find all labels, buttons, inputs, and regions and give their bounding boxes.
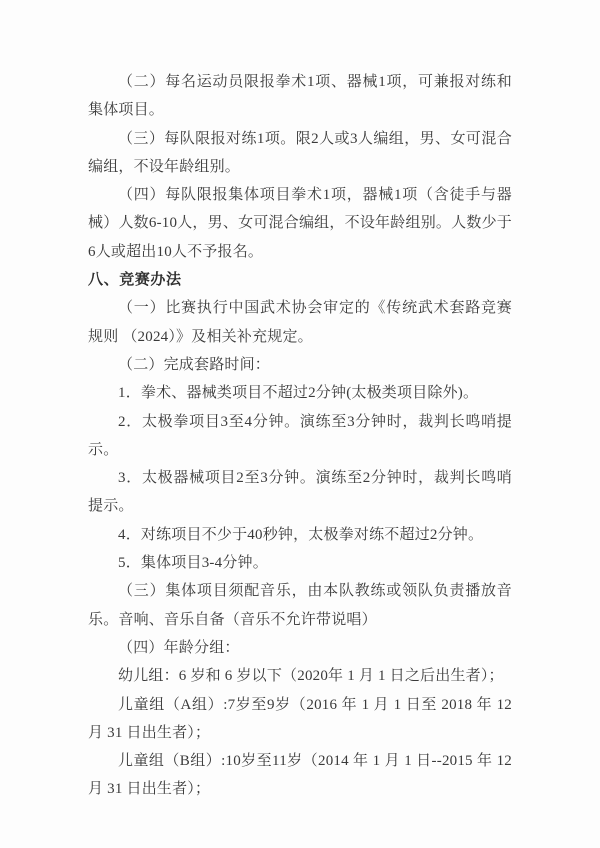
list-item-time-rule-4: 4．对练项目不少于40秒钟，太极拳对练不超过2分钟。: [88, 521, 512, 549]
paragraph-age-group-title: （四）年龄分组：: [88, 634, 512, 662]
list-item-time-rule-1: 1．拳术、器械类项目不超过2分钟(太极类项目除外)。: [88, 379, 512, 407]
section-heading-competition-method: 八、竞赛办法: [88, 266, 512, 294]
paragraph-age-group-children-a: 儿童组（A组）:7岁至9岁（2016 年 1 月 1 日至 2018 年 12 …: [88, 691, 512, 748]
paragraph-entry-limit-group: （四）每队限报集体项目拳术1项，器械1项（含徒手与器械）人数6-10人，男、女可…: [88, 181, 512, 266]
list-item-time-rule-3: 3．太极器械项目2至3分钟。演练至2分钟时，裁判长鸣哨提示。: [88, 464, 512, 521]
paragraph-entry-limit-individual: （二）每名运动员限报拳术1项、器械1项，可兼报对练和集体项目。: [88, 68, 512, 125]
paragraph-age-group-kindergarten: 幼儿组：6 岁和 6 岁以下（2020年 1 月 1 日之后出生者）；: [88, 662, 512, 690]
list-item-time-rule-5: 5．集体项目3-4分钟。: [88, 549, 512, 577]
paragraph-routine-time-title: （二）完成套路时间：: [88, 351, 512, 379]
paragraph-rules-reference: （一）比赛执行中国武术协会审定的《传统武术套路竞赛规则 （2024）》及相关补充…: [88, 294, 512, 351]
document-body: （二）每名运动员限报拳术1项、器械1项，可兼报对练和集体项目。 （三）每队限报对…: [88, 68, 512, 804]
paragraph-music-rule: （三）集体项目须配音乐，由本队教练或领队负责播放音乐。音响、音乐自备（音乐不允许…: [88, 577, 512, 634]
list-item-time-rule-2: 2．太极拳项目3至4分钟。演练至3分钟时，裁判长鸣哨提示。: [88, 408, 512, 465]
paragraph-age-group-children-b: 儿童组（B组）:10岁至11岁（2014 年 1 月 1 日--2015 年 1…: [88, 747, 512, 804]
paragraph-entry-limit-duel: （三）每队限报对练1项。限2人或3人编组，男、女可混合编组，不设年龄组别。: [88, 125, 512, 182]
document-page: （二）每名运动员限报拳术1项、器械1项，可兼报对练和集体项目。 （三）每队限报对…: [0, 0, 600, 848]
